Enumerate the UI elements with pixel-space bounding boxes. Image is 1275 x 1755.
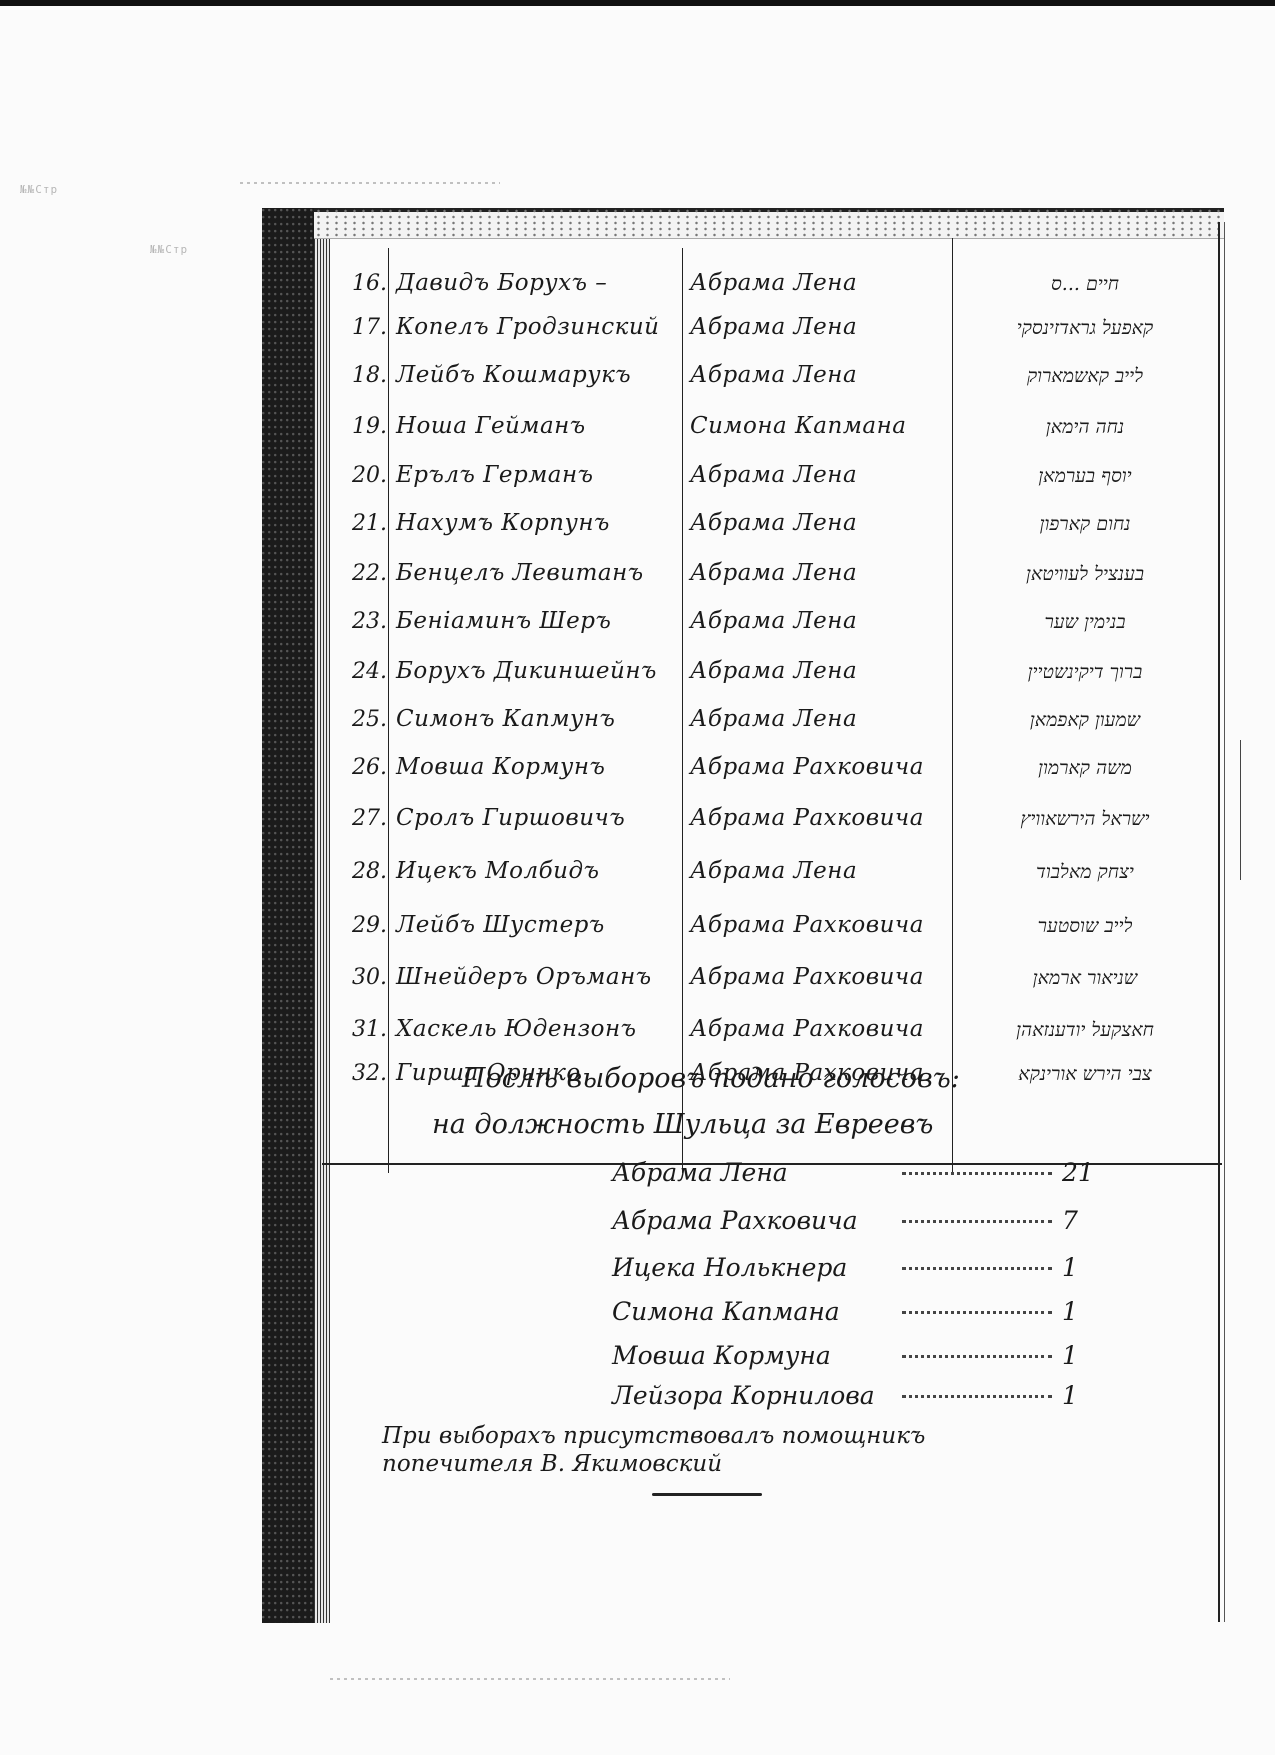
adjacent-page-edge xyxy=(1240,740,1261,880)
vote-choice: Абрама Рахковича xyxy=(690,805,950,831)
signature: משה קארמון xyxy=(960,757,1210,780)
row-number: 22. xyxy=(352,561,382,586)
tally-row: Симона Капмана 1 xyxy=(612,1297,1112,1337)
signature: ברוך דיקינשטיין xyxy=(960,661,1210,684)
vote-choice: Симона Капмана xyxy=(690,413,950,439)
signature: בענציל לעוויטאן xyxy=(960,563,1210,586)
signature: קאפעל גראדזינסקי xyxy=(960,317,1210,340)
signature: נחום קארפון xyxy=(960,513,1210,536)
margin-mark: №№Стр xyxy=(150,243,188,256)
vote-count: 1 xyxy=(1062,1297,1078,1326)
voter-name: Симонъ Капмунъ xyxy=(396,706,686,732)
voter-name: Мовша Кормунъ xyxy=(396,754,686,780)
signature: לייב שוסטער xyxy=(960,915,1210,938)
vote-choice: Абрама Лена xyxy=(690,314,950,340)
voter-name: Ноша Гейманъ xyxy=(396,413,686,439)
vote-count: 1 xyxy=(1062,1341,1078,1370)
leader-dots xyxy=(902,1267,1052,1270)
book-page-edges xyxy=(314,208,330,1623)
signature: חיים ...ס xyxy=(960,273,1210,296)
vote-count: 7 xyxy=(1062,1206,1078,1235)
voter-name: Давидъ Борухъ – xyxy=(396,270,686,296)
vote-choice: Абрама Лена xyxy=(690,658,950,684)
voter-name: Нахумъ Корпунъ xyxy=(396,510,686,536)
attestation-line-2: попечителя В. Якимовский xyxy=(382,1451,722,1477)
tally-row: Абрама Рахковича 7 xyxy=(612,1206,1112,1246)
row-number: 19. xyxy=(352,414,382,439)
vote-choice: Абрама Рахковича xyxy=(690,1016,950,1042)
leader-dots xyxy=(902,1355,1052,1358)
book-spine xyxy=(262,208,314,1623)
voter-name: Лейбъ Шустеръ xyxy=(396,912,686,938)
voter-name: Сролъ Гиршовичъ xyxy=(396,805,686,831)
row-number: 16. xyxy=(352,271,382,296)
page-top-edge xyxy=(314,208,1224,239)
vote-choice: Абрама Лена xyxy=(690,706,950,732)
tally-row: Лейзора Корнилова 1 xyxy=(612,1381,1112,1421)
vote-choice: Абрама Лена xyxy=(690,560,950,586)
candidate-name: Ицека Нолькнера xyxy=(612,1253,847,1282)
column-rule-vote xyxy=(952,238,953,1173)
row-number: 27. xyxy=(352,806,382,831)
candidate-name: Абрама Лена xyxy=(612,1158,788,1187)
signature-flourish xyxy=(652,1493,762,1496)
voter-name: Бенцелъ Левитанъ xyxy=(396,560,686,586)
candidate-name: Мовша Кормуна xyxy=(612,1341,831,1370)
vote-choice: Абрама Лена xyxy=(690,608,950,634)
row-number: 25. xyxy=(352,707,382,732)
voter-name: Хаскель Юдензонъ xyxy=(396,1016,686,1042)
row-number: 32. xyxy=(352,1061,382,1086)
voter-name: Борухъ Дикиншейнъ xyxy=(396,658,686,684)
row-number: 26. xyxy=(352,755,382,780)
attestation-line-1: При выборахъ присутствовалъ помощникъ xyxy=(382,1423,925,1449)
voter-name: Беніаминъ Шеръ xyxy=(396,608,686,634)
vote-choice: Абрама Лена xyxy=(690,362,950,388)
row-number: 23. xyxy=(352,609,382,634)
tally-row: Ицека Нолькнера 1 xyxy=(612,1253,1112,1293)
tally-row: Абрама Лена 21 xyxy=(612,1158,1112,1198)
vote-choice: Абрама Лена xyxy=(690,858,950,884)
summary-heading: Послѣ выборовъ подано голосовъ: xyxy=(462,1063,960,1094)
signature: לייב קאשמארוק xyxy=(960,365,1210,388)
candidate-name: Симона Капмана xyxy=(612,1297,840,1326)
page-right-border xyxy=(1218,222,1225,1622)
signature: בנימין שער xyxy=(960,611,1210,634)
vote-choice: Абрама Рахковича xyxy=(690,964,950,990)
row-number: 29. xyxy=(352,913,382,938)
vote-choice: Абрама Рахковича xyxy=(690,912,950,938)
row-number: 18. xyxy=(352,363,382,388)
leader-dots xyxy=(902,1395,1052,1398)
signature: ישראל הירשאוויץ xyxy=(960,808,1210,831)
signature: שניאור ארמאן xyxy=(960,967,1210,990)
row-number: 24. xyxy=(352,659,382,684)
tally-row: Мовша Кормуна 1 xyxy=(612,1341,1112,1381)
signature: נחה הימאן xyxy=(960,416,1210,439)
scan-artifact-line xyxy=(240,182,500,184)
leader-dots xyxy=(902,1172,1052,1175)
row-number: 28. xyxy=(352,859,382,884)
row-number: 20. xyxy=(352,463,382,488)
signature: יצחק מאלבוד xyxy=(960,861,1210,884)
vote-choice: Абрама Лена xyxy=(690,270,950,296)
voter-name: Лейбъ Кошмарукъ xyxy=(396,362,686,388)
scan-artifact-line xyxy=(330,1678,730,1680)
vote-choice: Абрама Лена xyxy=(690,510,950,536)
candidate-name: Абрама Рахковича xyxy=(612,1206,858,1235)
row-number: 17. xyxy=(352,315,382,340)
row-number: 31. xyxy=(352,1017,382,1042)
signature: חאצקעל יודענזאהן xyxy=(960,1019,1210,1042)
vote-choice: Абрама Лена xyxy=(690,462,950,488)
voter-name: Ицекъ Молбидъ xyxy=(396,858,686,884)
summary-subheading: на должность Шульца за Евреевъ xyxy=(432,1109,933,1140)
signature: שמעון קאפמאן xyxy=(960,709,1210,732)
signature: צבי הירש אורינקא xyxy=(960,1063,1210,1086)
ledger-page: 16. Давидъ Борухъ – Абрама Лена חיים ...… xyxy=(262,208,1227,1623)
leader-dots xyxy=(902,1220,1052,1223)
margin-mark: №№Стр xyxy=(20,183,58,196)
column-rule-number xyxy=(388,248,389,1173)
row-number: 30. xyxy=(352,965,382,990)
signature: יוסף בערמאן xyxy=(960,465,1210,488)
voter-name: Копелъ Гродзинский xyxy=(396,314,686,340)
vote-count: 1 xyxy=(1062,1381,1078,1410)
vote-choice: Абрама Рахковича xyxy=(690,754,950,780)
voter-name: Ерълъ Германъ xyxy=(396,462,686,488)
leader-dots xyxy=(902,1311,1052,1314)
vote-count: 21 xyxy=(1062,1158,1094,1187)
vote-count: 1 xyxy=(1062,1253,1078,1282)
row-number: 21. xyxy=(352,511,382,536)
voter-name: Шнейдеръ Оръманъ xyxy=(396,964,686,990)
candidate-name: Лейзора Корнилова xyxy=(612,1381,875,1410)
scan-top-border xyxy=(0,0,1275,6)
